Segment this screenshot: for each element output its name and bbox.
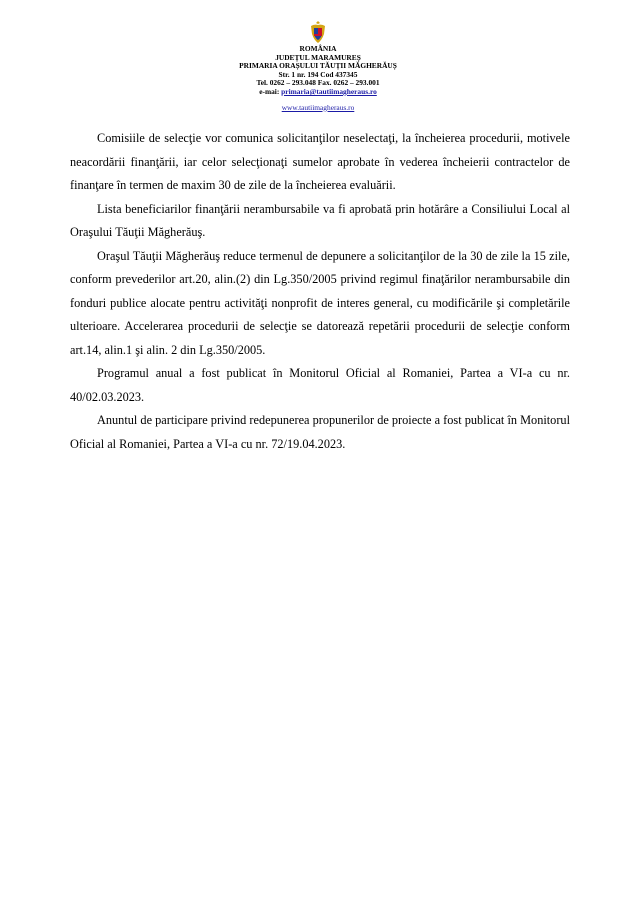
website-link[interactable]: www.tautiimagheraus.ro bbox=[282, 103, 355, 112]
paragraph-selection-committees: Comisiile de selecţie vor comunica solic… bbox=[70, 127, 570, 198]
document-page: ROMÂNIA JUDEȚUL MARAMUREȘ PRIMARIA ORAȘU… bbox=[0, 0, 636, 900]
email-label: e-mai: bbox=[259, 87, 281, 96]
paragraph-beneficiaries-list: Lista beneficiarilor finanţării nerambur… bbox=[70, 198, 570, 245]
paragraph-participation-notice: Anuntul de participare privind redepuner… bbox=[70, 409, 570, 456]
website-line: www.tautiimagheraus.ro bbox=[0, 97, 636, 115]
paragraph-annual-program: Programul anual a fost publicat în Monit… bbox=[70, 362, 570, 409]
letterhead: ROMÂNIA JUDEȚUL MARAMUREȘ PRIMARIA ORAȘU… bbox=[0, 20, 636, 115]
document-body: Comisiile de selecţie vor comunica solic… bbox=[70, 127, 570, 456]
email-link[interactable]: primaria@tautiimagheraus.ro bbox=[281, 87, 377, 96]
header-email-line: e-mai: primaria@tautiimagheraus.ro bbox=[0, 88, 636, 97]
paragraph-deadline-reduction: Oraşul Tăuţii Măgherăuş reduce termenul … bbox=[70, 245, 570, 363]
romania-coat-of-arms-icon bbox=[309, 20, 327, 44]
